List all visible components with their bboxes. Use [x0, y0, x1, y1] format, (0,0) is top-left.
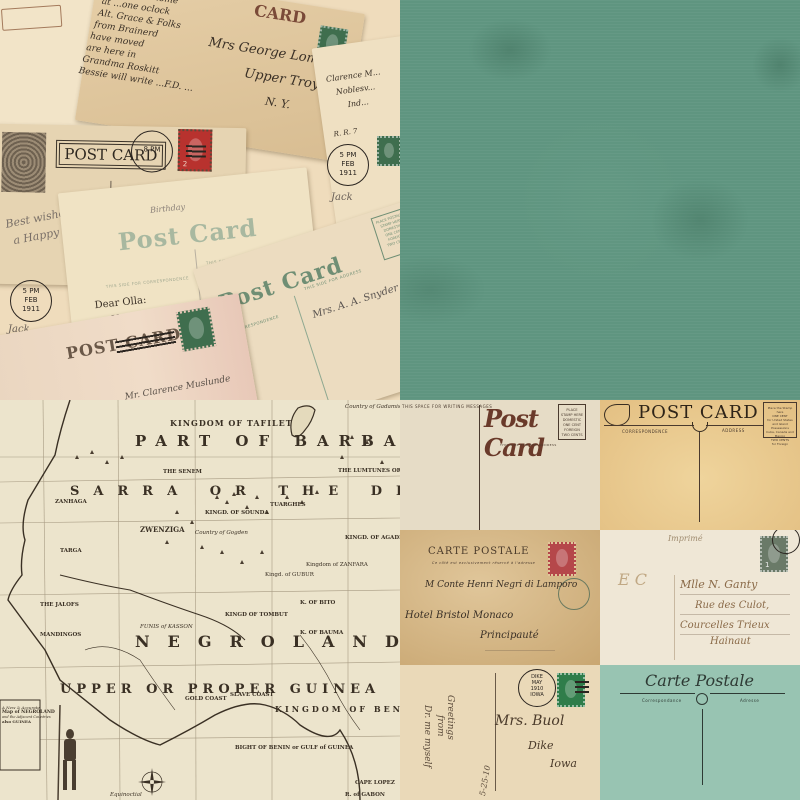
map-label-barbary: PART OF BARBARY — [135, 432, 400, 450]
right-postmark-group: 5 PM FEB 1911 Jack — [325, 130, 400, 210]
map-sublabel: R. of GABON — [345, 792, 385, 798]
postmark-time: 5 PM — [11, 287, 51, 296]
address-line: Courcelles Trieux — [680, 620, 770, 631]
imprime-note: Imprimé — [668, 534, 703, 543]
note-line: Ind... — [347, 97, 369, 109]
map-sublabel: Country of Gogden — [195, 530, 248, 536]
map-sublabel: TUARGHES — [270, 502, 306, 508]
postmark: 5 PM FEB 1911 — [327, 144, 369, 186]
address-caption: ADDRESS — [722, 428, 745, 433]
cancel-lines — [186, 145, 206, 159]
stamp-box: PLACE POSTAGE STAMP HERE DOMESTIC ONE CE… — [371, 207, 400, 260]
postcard-belgian: Imprimé E C 1 Mlle N. Ganty Rue des Culo… — [600, 530, 800, 665]
carte-postale-subtitle: Ce côté est exclusivement réservé à l'ad… — [432, 561, 535, 565]
address-line: Mrs. Buol — [495, 713, 564, 729]
map-sublabel: KINGD OF TOMBUT — [225, 612, 288, 618]
address-line: Dike — [528, 739, 554, 752]
address-line: Principauté — [480, 630, 539, 641]
map-sublabel: Kingdom of ZANFARA — [306, 562, 368, 568]
map-label-tafilet: KINGDOM OF TAFILET — [170, 418, 293, 428]
date-note: 5-25-10 — [478, 765, 492, 797]
stamp-value: 2 — [183, 160, 188, 168]
address-line: Rue des Culot, — [695, 600, 769, 611]
message-line: from — [435, 715, 445, 737]
antique-africa-map-panel: KINGDOM OF TAFILET PART OF BARBARY SARRA… — [0, 400, 400, 800]
map-sublabel: SLAVE COAST — [230, 692, 274, 698]
postmark-month: FEB — [11, 296, 51, 305]
message-line: Greetings — [445, 695, 455, 740]
postmark-state: IOWA — [519, 692, 555, 698]
map-sublabel: K. OF BITO — [300, 600, 335, 606]
postcard-carte-postale-italy: CARTE POSTALE Ce côté est exclusivement … — [400, 530, 600, 665]
card-header-fragment: CARD — [253, 1, 308, 28]
correspondence-caption: CORRESPONDENCE — [622, 429, 668, 434]
map-sublabel: CAPE LOPEZ — [355, 780, 395, 786]
postcard-collage-panel: CARD ...ama got home at ...one oclock Al… — [0, 0, 400, 400]
map-sublabel: FUNIS of KASSON — [140, 624, 193, 630]
stamp-box: PLACE STAMP HERE DOMESTIC ONE CENT FOREI… — [558, 404, 586, 440]
correspondence-caption: Correspondance — [642, 698, 682, 703]
map-sublabel: Equinoctial — [110, 792, 142, 798]
map-sublabel: TARGA — [60, 548, 82, 554]
stamp-box-line: and Island Possessions — [764, 422, 796, 430]
address-caption: THIS SIDE FOR THE ADDRESS — [500, 443, 557, 447]
map-sublabel: THE SENEM — [163, 469, 202, 475]
address-line: Upper Troy — [243, 66, 320, 93]
map-sublabel: ZWENZIGA — [140, 525, 185, 534]
map-label-benin: KINGDOM OF BENIN — [275, 704, 400, 714]
postmark — [772, 530, 800, 554]
postmark: 5 PM FEB 1911 — [10, 280, 52, 322]
map-sublabel: THE JALOFS — [40, 602, 79, 608]
post-card-title: POST CARD — [638, 402, 759, 423]
carte-postale-title: Carte Postale — [645, 671, 754, 690]
red-portrait-stamp — [548, 542, 576, 576]
stamp-box: Place the Stamp here ONE CENT for United… — [763, 402, 797, 438]
map-label-negroland: NEGROLAND — [135, 632, 400, 651]
address-line: Mr. Clarence Muslunde — [124, 374, 231, 400]
address-line: Mlle N. Ganty — [680, 578, 757, 591]
postmark-year: 1911 — [11, 305, 51, 314]
map-sublabel: K. OF BAUMA — [300, 630, 343, 636]
map-label-guinea: UPPER OR PROPER GUINEA — [60, 682, 380, 697]
signature: Jack — [331, 192, 353, 203]
floral-ornament — [1, 132, 46, 193]
postmark-time: 5 PM — [328, 151, 368, 160]
crest-emblem-icon — [696, 693, 708, 705]
initials: E C — [618, 570, 647, 589]
address-line: Hotel Bristol Monaco — [405, 610, 513, 621]
postcard-grid-panel: THIS SPACE FOR WRITING MESSAGES Post Car… — [400, 400, 800, 800]
map-sublabel: KINGD. OF SOUNDA — [205, 510, 269, 516]
correspondence-caption: THIS SIDE FOR CORRESPONDENCE — [106, 275, 190, 289]
address-line: Iowa — [550, 757, 577, 770]
postcard-brown-script: THIS SPACE FOR WRITING MESSAGES Post Car… — [400, 400, 600, 530]
map-sublabel: THE LUMTUNES OR THE LAMTA — [338, 468, 400, 474]
address-line: Hainaut — [710, 636, 751, 647]
green-texture-panel — [400, 0, 800, 400]
carte-postale-title: CARTE POSTALE — [428, 546, 529, 557]
stamp-box-line: Place the Stamp here — [764, 406, 796, 414]
message-line: Dr. me myself — [422, 705, 432, 768]
postmark: DIKE MAY 1910 IOWA — [518, 669, 556, 707]
map-cartouche: A New & Accurate Map of NEGROLAND and th… — [2, 705, 38, 724]
map-sublabel: ZANHAGA — [55, 499, 87, 505]
note-line: Noblesv... — [335, 82, 375, 96]
postcard-teal-carte-postale: Carte Postale Correspondance Adresse — [600, 665, 800, 800]
green-stamp — [176, 307, 216, 352]
postmark-year: 1911 — [328, 169, 368, 178]
post-card-title: Post Card — [117, 213, 259, 256]
compass-rose — [138, 768, 166, 796]
postmark-time: 8 PM — [132, 145, 172, 155]
address-caption: Adresse — [740, 698, 759, 703]
map-label-sarra: SARRA OR THE DESART — [70, 484, 400, 499]
postmark-month: FEB — [328, 160, 368, 169]
stamp-box-line: TWO CENTS — [559, 433, 585, 438]
map-linework — [0, 400, 400, 800]
green-stamp — [377, 136, 400, 166]
map-sublabel: MANDINGOS — [40, 632, 81, 638]
postcard-yellow: POST CARD CORRESPONDENCE ADDRESS Place t… — [600, 400, 800, 530]
quill-ornament-icon — [604, 404, 630, 426]
map-sublabel: Country of Gadamis — [345, 404, 400, 410]
postmark: 8 PM — [131, 130, 174, 173]
address-line: M Conte Henri Negri di Lamporo — [425, 580, 577, 590]
cartouche-line: also GUINEA — [2, 719, 38, 724]
address-line: Mrs. A. A. Snyder — [311, 283, 400, 321]
map-sublabel: Kingd. of GUBUR — [265, 572, 314, 578]
stamp-value: 1 — [765, 561, 769, 569]
note: Birthday — [150, 202, 186, 215]
divider-curl — [692, 422, 708, 432]
postcard-iowa: Greetings from Dr. me myself 5-25-10 DIK… — [400, 665, 600, 800]
stamp-box-line: for Foreign — [764, 442, 796, 446]
address-line: N. Y. — [264, 95, 291, 112]
map-sublabel: GOLD COAST — [185, 696, 227, 702]
map-sublabel: KINGD. OF AGADES — [345, 535, 400, 541]
cancel-lines — [575, 681, 589, 695]
message-line: Dear Olla: — [94, 295, 147, 311]
map-sublabel: BIGHT OF BENIN or GULF of GUINEA — [235, 745, 353, 751]
